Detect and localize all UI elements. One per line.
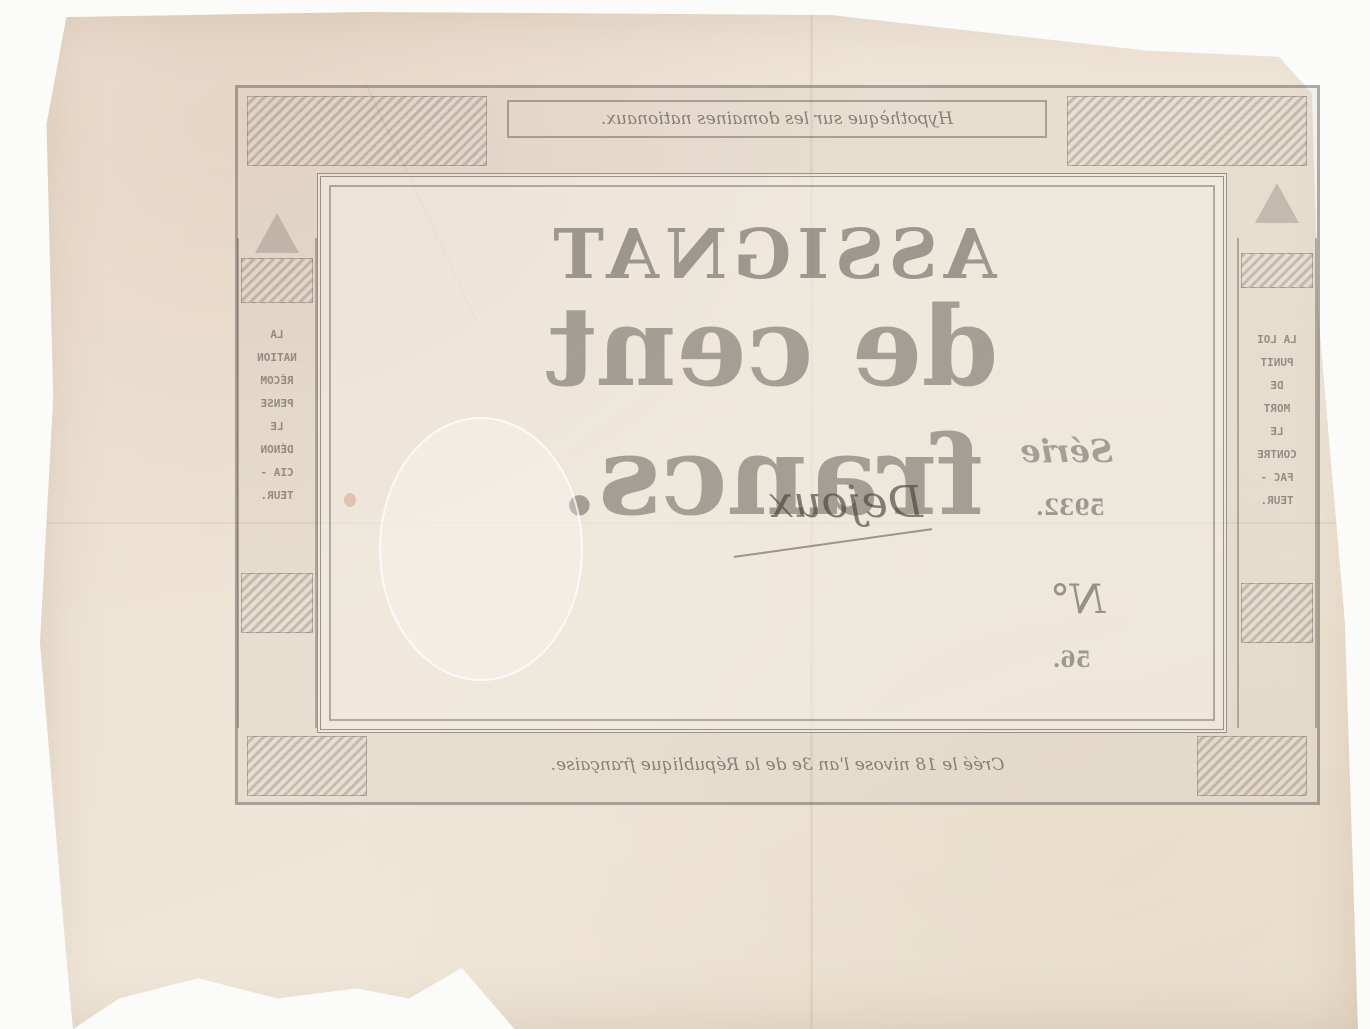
right-column-text: LA LOI PUNIT DE MORT LE CONTRE FAC - TEU… [1237, 333, 1317, 507]
bottom-band: Créé le 18 nivose l'an 3e de la Républiq… [238, 727, 1317, 802]
top-band: Hypothèque sur les domaines nationaux. [507, 100, 1047, 138]
banknote-print: Hypothèque sur les domaines nationaux. L… [235, 85, 1320, 805]
top-band-text: Hypothèque sur les domaines nationaux. [601, 109, 953, 129]
triangle-ornament [255, 213, 299, 253]
note-number: 56. [1053, 647, 1091, 673]
watermark-medallion [379, 417, 583, 681]
column-base-ornament [241, 573, 313, 633]
bottom-band-text: Créé le 18 nivose l'an 3e de la Républiq… [551, 755, 1005, 775]
central-frame: ASSIGNAT de cent francs. Série 5932. N° … [317, 173, 1227, 733]
corner-ornament [1067, 96, 1307, 166]
garland-ornament [1241, 253, 1313, 288]
column-base-ornament [1241, 583, 1313, 643]
triangle-ornament [1255, 183, 1299, 223]
left-column-text: LA NATION RÉCOM PENSE LE DÉNON CIA - TEU… [237, 328, 317, 502]
signature: Dejoux [768, 477, 923, 528]
serie-number: 5932. [1036, 495, 1105, 521]
garland-ornament [241, 258, 313, 303]
number-label: N° [1050, 577, 1105, 623]
serie-label: Série [1020, 432, 1113, 470]
corner-ornament [247, 96, 487, 166]
